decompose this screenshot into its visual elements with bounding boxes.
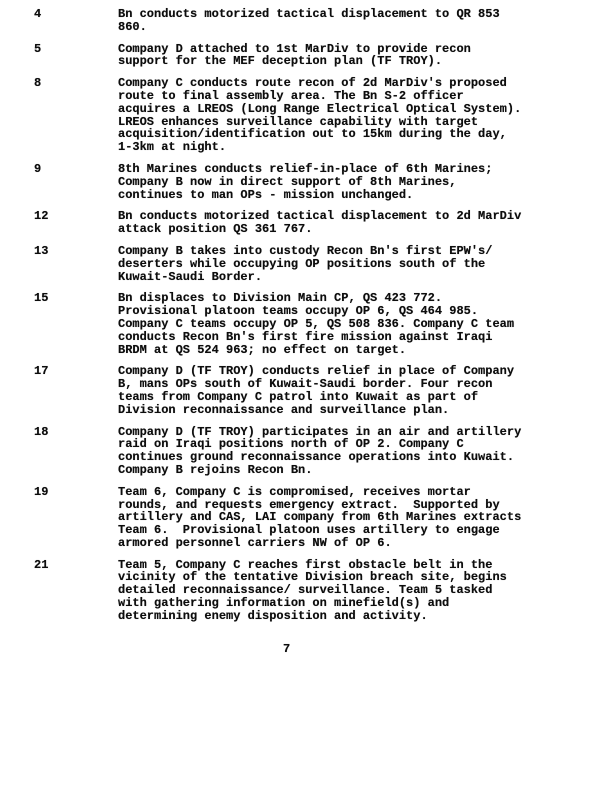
entry-text: Bn conducts motorized tactical displacem… — [118, 8, 500, 34]
chronology-entry: 13 Company B takes into custody Recon Bn… — [0, 245, 611, 283]
entry-text: Bn displaces to Division Main CP, QS 423… — [118, 292, 514, 356]
chronology-entry: 4 Bn conducts motorized tactical displac… — [0, 8, 611, 34]
chronology-entry: 5 Company D attached to 1st MarDiv to pr… — [0, 43, 611, 69]
entry-day: 8 — [0, 77, 118, 90]
chronology-entry: 9 8th Marines conducts relief-in-place o… — [0, 163, 611, 201]
entry-text: Company C conducts route recon of 2d Mar… — [118, 77, 521, 154]
entry-text: Company D (TF TROY) conducts relief in p… — [118, 365, 514, 416]
entry-day: 4 — [0, 8, 118, 21]
chronology-entry: 18 Company D (TF TROY) participates in a… — [0, 426, 611, 477]
entry-day: 17 — [0, 365, 118, 378]
entry-text: 8th Marines conducts relief-in-place of … — [118, 163, 492, 201]
page-number: 7 — [0, 643, 611, 656]
entry-day: 13 — [0, 245, 118, 258]
chronology-entry: 21 Team 5, Company C reaches first obsta… — [0, 559, 611, 623]
chronology-entry: 17 Company D (TF TROY) conducts relief i… — [0, 365, 611, 416]
chronology-entry: 12 Bn conducts motorized tactical displa… — [0, 210, 611, 236]
entry-day: 21 — [0, 559, 118, 572]
chronology-entry: 15 Bn displaces to Division Main CP, QS … — [0, 292, 611, 356]
entry-day: 5 — [0, 43, 118, 56]
entry-text: Company B takes into custody Recon Bn's … — [118, 245, 492, 283]
entry-text: Team 6, Company C is compromised, receiv… — [118, 486, 521, 550]
entry-day: 19 — [0, 486, 118, 499]
entry-text: Company D (TF TROY) participates in an a… — [118, 426, 521, 477]
entries-list: 4 Bn conducts motorized tactical displac… — [0, 0, 611, 623]
entry-day: 9 — [0, 163, 118, 176]
entry-text: Bn conducts motorized tactical displacem… — [118, 210, 521, 236]
chronology-entry: 19 Team 6, Company C is compromised, rec… — [0, 486, 611, 550]
chronology-entry: 8 Company C conducts route recon of 2d M… — [0, 77, 611, 154]
entry-day: 15 — [0, 292, 118, 305]
entry-day: 12 — [0, 210, 118, 223]
document-page: 4 Bn conducts motorized tactical displac… — [0, 0, 611, 792]
entry-text: Team 5, Company C reaches first obstacle… — [118, 559, 507, 623]
entry-text: Company D attached to 1st MarDiv to prov… — [118, 43, 471, 69]
entry-day: 18 — [0, 426, 118, 439]
